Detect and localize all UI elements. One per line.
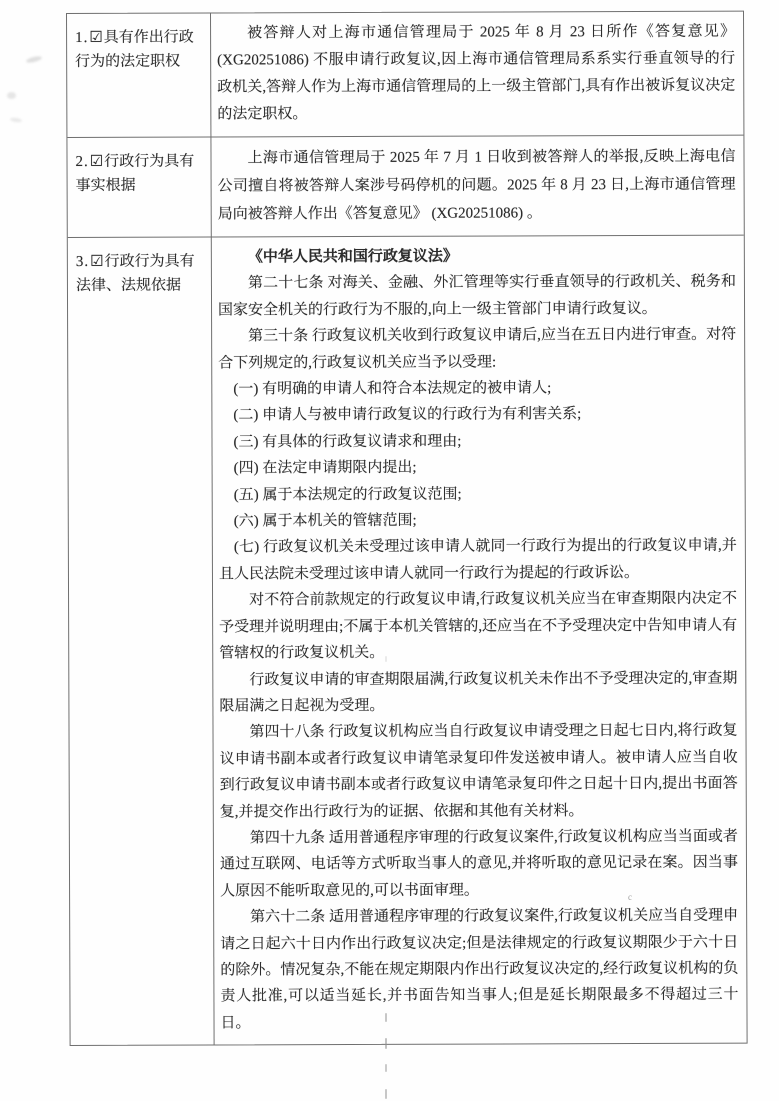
content-paragraph: 上海市通信管理局于 2025 年 7 月 1 日收到被答辩人的举报,反映上海电信… [217,143,735,229]
item-number: 2. [75,154,88,170]
fold-mark [385,521,387,527]
law-list-item-4: (四) 在法定申请期限内提出; [219,454,737,482]
checked-checkbox-icon: ☑ [89,28,103,46]
item-number: 3. [76,254,89,270]
law-article-30: 第三十条 行政复议机关收到行政复议申请后,应当在五日内进行审查。对符合下列规定的… [218,322,736,377]
fold-mark [385,1089,387,1099]
law-title: 《中华人民共和国行政复议法》 [218,243,736,271]
content-paragraph: 被答辩人对上海市通信管理局于 2025 年 8 月 23 日所作《答复意见》 (… [217,19,735,129]
fold-mark [385,656,387,662]
scan-smudge [10,117,22,123]
law-clause-deemed-acceptance: 行政复议申请的审查期限届满,行政复议机关未作出不予受理决定的,审查期限届满之日起… [219,665,737,720]
law-list-item-5: (五) 属于本法规定的行政复议范围; [219,480,737,508]
criteria-cell-legal-basis: 3.☑行政行为具有法律、法规依据 [68,237,215,1045]
law-article-62: 第六十二条 适用普通程序审理的行政复议案件,行政复议机关应当自受理申请之日起六十… [220,903,738,1037]
table-row: 3.☑行政行为具有法律、法规依据 《中华人民共和国行政复议法》 第二十七条 对海… [68,235,747,1046]
review-criteria-table: 1.☑具有作出行政行为的法定职权 被答辩人对上海市通信管理局于 2025 年 8… [66,11,748,1047]
content-cell-factual-basis: 上海市通信管理局于 2025 年 7 月 1 日收到被答辩人的举报,反映上海电信… [211,136,743,237]
checked-checkbox-icon: ☑ [90,252,104,270]
fold-mark [385,1013,387,1022]
law-list-item-7: (七) 行政复议机关未受理过该申请人就同一行政行为提出的行政复议申请,并且人民法… [219,533,737,588]
law-list-item-3: (三) 有具体的行政复议请求和理由; [218,428,736,456]
fold-mark [385,1038,387,1049]
law-list-item-6: (六) 属于本机关的管辖范围; [219,507,737,535]
fold-mark [385,944,387,949]
scan-artifact: c [628,892,632,902]
criteria-cell-legal-authority: 1.☑具有作出行政行为的法定职权 [67,13,211,137]
law-article-27: 第二十七条 对海关、金融、外汇管理等实行垂直领导的行政机关、税务和国家安全机关的… [218,269,736,324]
checked-checkbox-icon: ☑ [90,152,104,170]
scan-smudge [7,92,16,99]
scan-smudge [26,55,43,64]
table-row: 2.☑行政行为具有事实根据 上海市通信管理局于 2025 年 7 月 1 日收到… [67,135,743,237]
law-article-49: 第四十九条 适用普通程序审理的行政复议案件,行政复议机构应当当面或者通过互联网、… [220,824,738,905]
content-cell-legal-basis: 《中华人民共和国行政复议法》 第二十七条 对海关、金融、外汇管理等实行垂直领导的… [212,236,747,1045]
law-list-item-1: (一) 有明确的申请人和符合本法规定的被申请人; [218,375,736,403]
table-row: 1.☑具有作出行政行为的法定职权 被答辩人对上海市通信管理局于 2025 年 8… [67,12,743,137]
law-article-48: 第四十八条 行政复议机构应当自行政复议申请受理之日起七日内,将行政复议申请书副本… [219,718,737,825]
scanned-document-page: 1.☑具有作出行政行为的法定职权 被答辩人对上海市通信管理局于 2025 年 8… [0,0,779,1101]
content-cell-legal-authority: 被答辩人对上海市通信管理局于 2025 年 8 月 23 日所作《答复意见》 (… [211,12,743,137]
law-clause-rejection: 对不符合前款规定的行政复议申请,行政复议机关应当在审查期限内决定不予受理并说明理… [219,586,737,667]
item-number: 1. [75,30,88,46]
law-list-item-2: (二) 申请人与被申请行政复议的行政行为有利害关系; [218,401,736,429]
fold-mark [385,1064,387,1072]
criteria-cell-factual-basis: 2.☑行政行为具有事实根据 [67,137,211,237]
